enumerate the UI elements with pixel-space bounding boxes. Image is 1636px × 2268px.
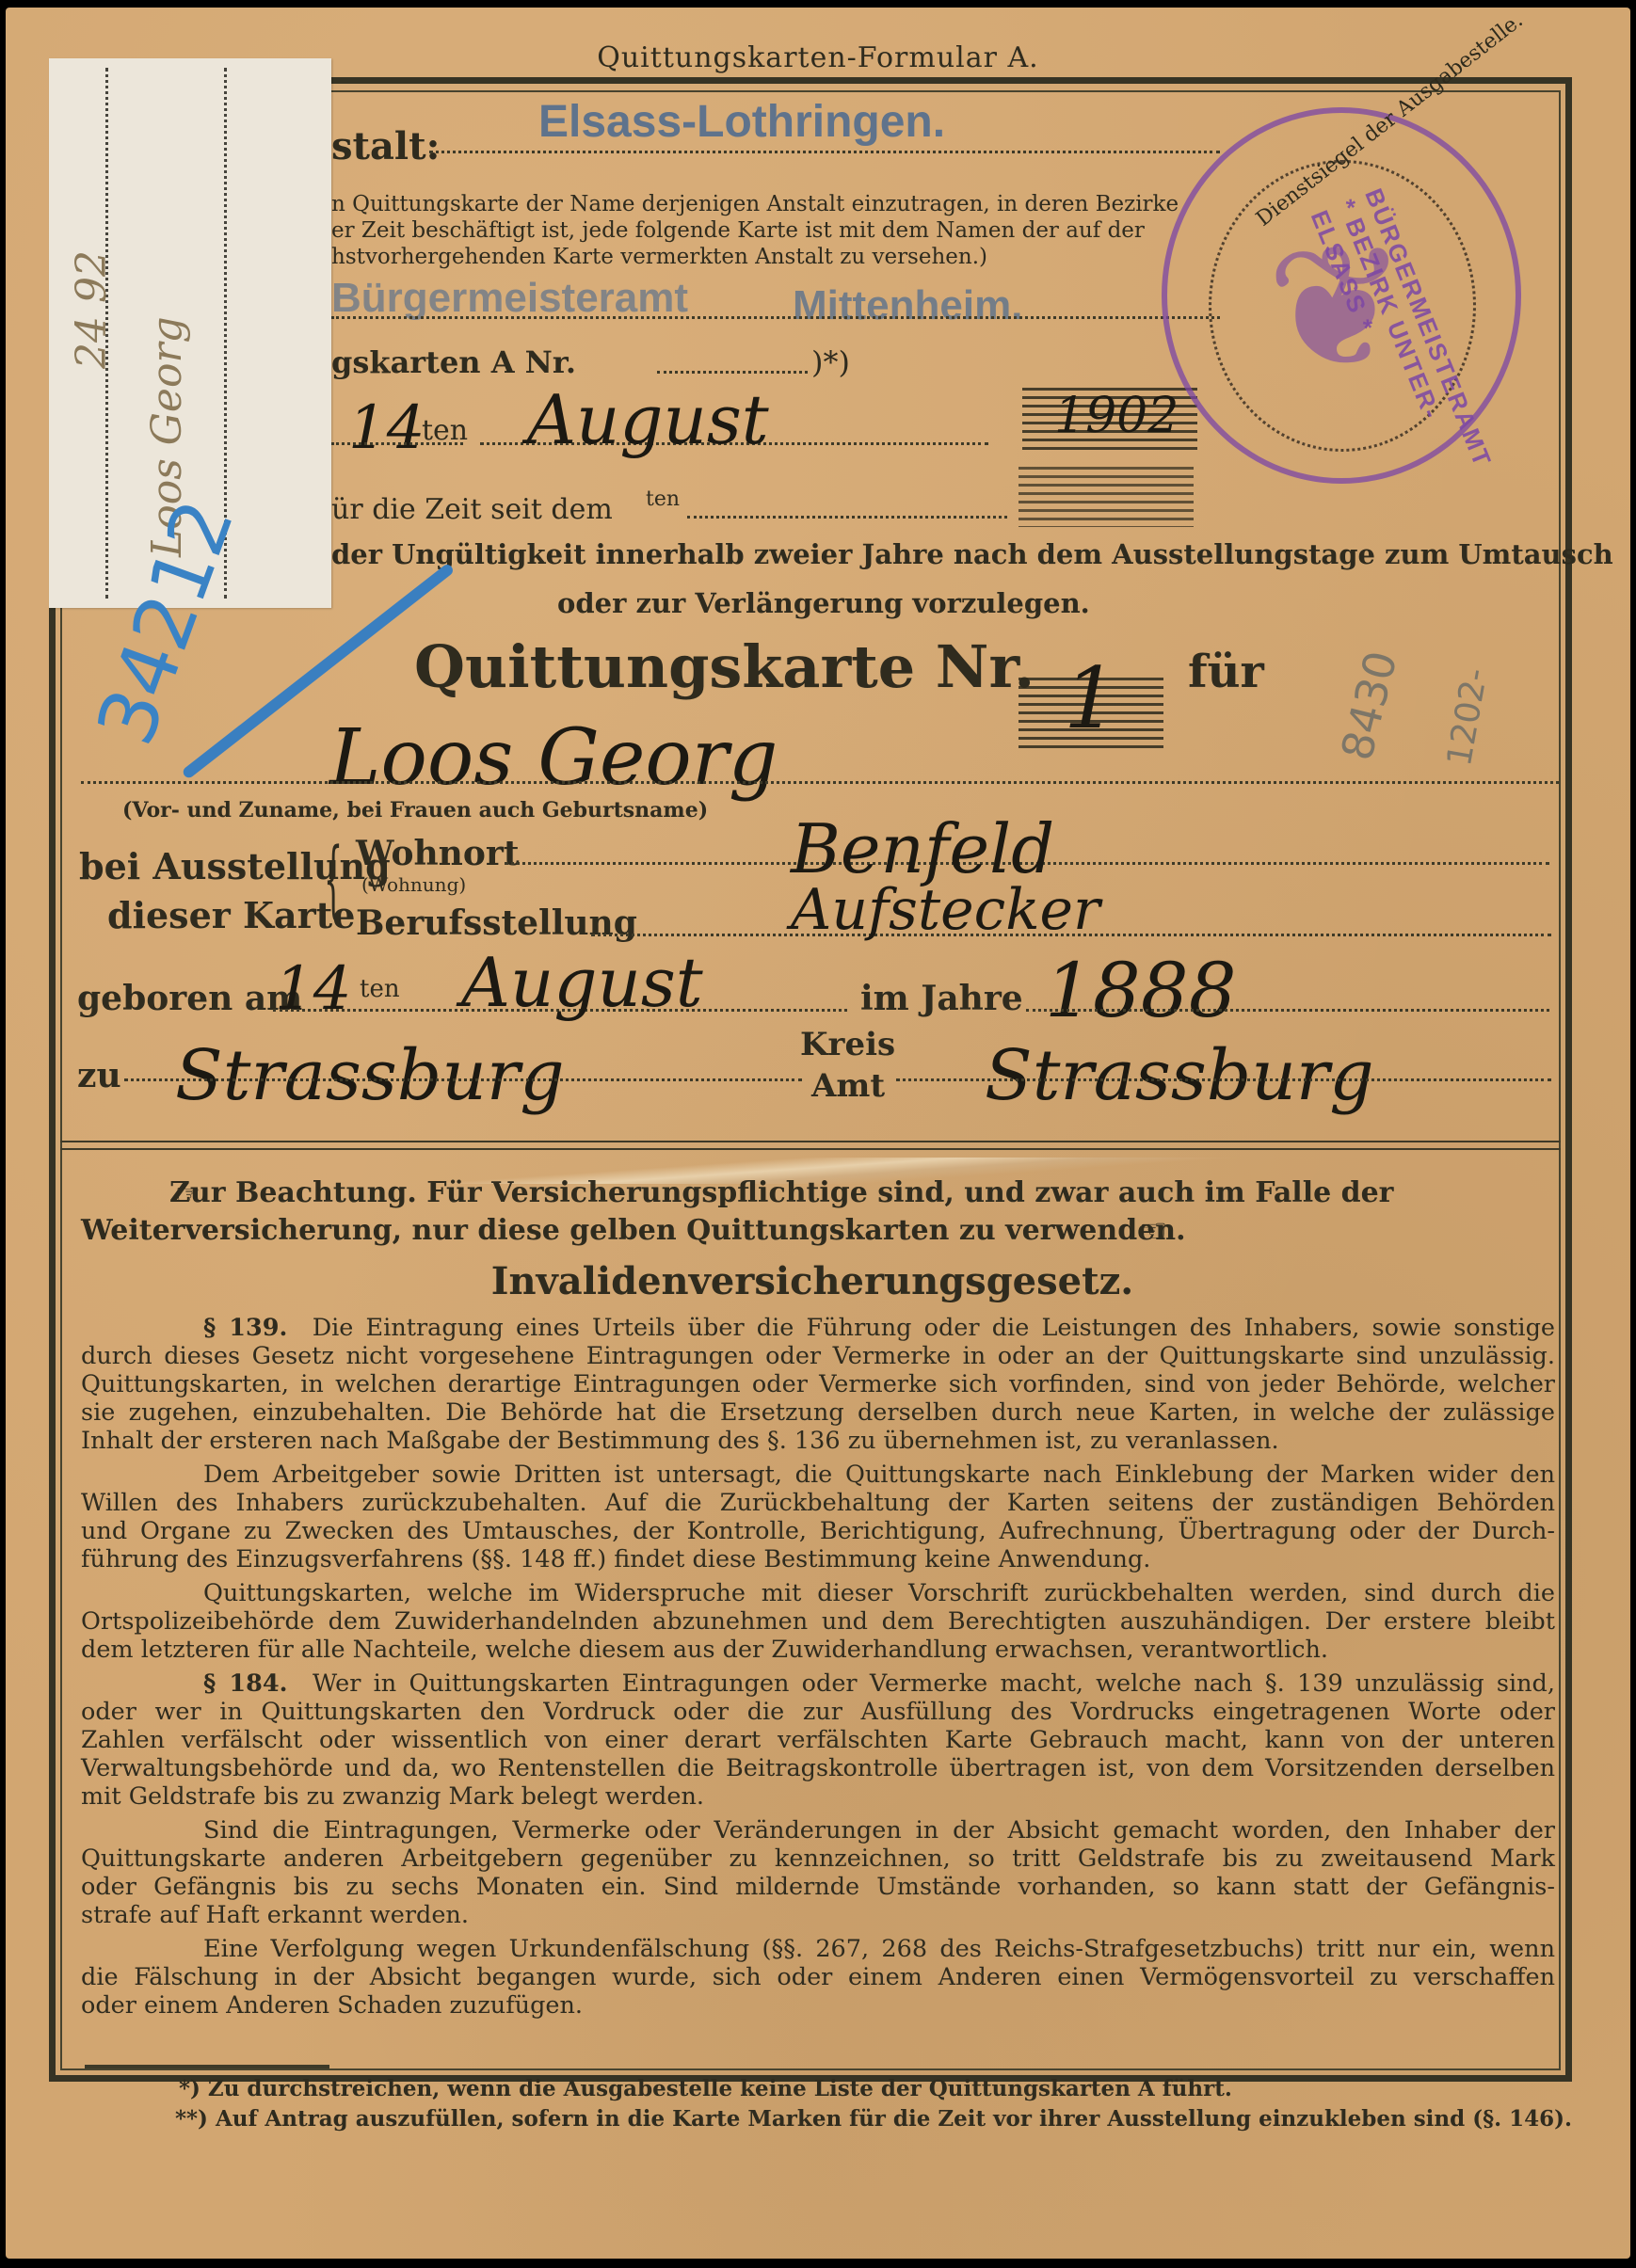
list-number-suffix: )*)	[811, 344, 850, 380]
birth-place-field[interactable]	[124, 1078, 802, 1081]
since-day-suffix: ten	[646, 487, 680, 511]
notice-line-2: Weiterversicherung, nur diese gelben Qui…	[81, 1214, 1186, 1247]
holder-name: Loos Georg	[329, 713, 778, 803]
residence-label: Wohnort	[356, 834, 519, 873]
law-line: Quittungskarte anderen Arbeitgebern gege…	[81, 1845, 1555, 1873]
law-line: oder wer in Quittungskarten den Vordruck…	[81, 1698, 1555, 1726]
office-instruction-line-3: hstvorhergehenden Karte vermerkten Ansta…	[331, 245, 987, 269]
law-line: und Organe zu Zwecken des Umtausches, de…	[81, 1517, 1555, 1545]
birth-year-label: im Jahre	[860, 979, 1023, 1018]
law-line: Verwaltungsbehörde und da, wo Rentenstel…	[81, 1754, 1555, 1782]
law-line: führung des Einzugsverfahrens (§§. 148 f…	[81, 1545, 1555, 1573]
occupation-label: Berufsstellung	[356, 903, 637, 943]
birth-place-label: zu	[77, 1056, 121, 1095]
footnote-rule	[85, 2065, 329, 2068]
law-line: dem letzteren für alle Nachteile, welche…	[81, 1636, 1555, 1664]
at-issue-label-1: bei Ausstellung	[79, 845, 391, 887]
slip-number: 24 92	[68, 250, 116, 369]
issue-year-struck: 1902	[1054, 388, 1179, 444]
law-line: mit Geldstrafe bis zu zwanzig Mark beleg…	[81, 1782, 1555, 1811]
birth-place: Strassburg	[175, 1035, 565, 1116]
law-line: oder Gefängnis bis zu sechs Monaten ein.…	[81, 1873, 1555, 1901]
district-label-amt: Amt	[811, 1067, 885, 1105]
card-for-label: für	[1188, 646, 1264, 698]
issue-month: August	[527, 380, 769, 459]
occupation-value: Aufstecker	[791, 877, 1100, 943]
pointing-hand-left-icon: ☞	[175, 1178, 200, 1211]
section-184-label: § 184.	[203, 1669, 287, 1698]
list-number-field[interactable]	[657, 371, 808, 374]
since-date-field[interactable]	[687, 516, 1007, 519]
law-line: Zahlen verfälscht oder wissentlich von e…	[81, 1726, 1555, 1754]
law-line: Eine Verfolgung wegen Urkundenfälschung …	[81, 1935, 1555, 1963]
law-line: die Fälschung in der Absicht begangen wu…	[81, 1963, 1555, 1991]
issue-day-field[interactable]	[331, 442, 463, 445]
law-line: Quittungskarten, welche im Widerspruche …	[81, 1579, 1555, 1607]
law-line: strafe auf Haft erkannt werden.	[81, 1901, 1555, 1929]
card-title: Quittungskarte Nr.	[414, 632, 1035, 701]
law-line: durch dieses Gesetz nicht vorgesehene Ei…	[81, 1342, 1555, 1370]
section-139-label: § 139.	[203, 1314, 287, 1342]
birth-year-field[interactable]	[1026, 1009, 1549, 1012]
issue-day: 14	[348, 393, 425, 463]
law-line: Inhalt der ersteren nach Maßgabe der Bes…	[81, 1427, 1555, 1455]
upper-section-divider	[60, 1141, 1561, 1150]
law-paragraph-184: § 184. Wer in Quittungskarten Eintragung…	[81, 1669, 1555, 1698]
at-issue-label-2: dieser Karte	[107, 894, 355, 936]
issuing-office-line	[429, 151, 1220, 153]
birth-year: 1888	[1045, 947, 1237, 1034]
office-instruction-line-2: er Zeit beschäftigt ist, jede folgende K…	[331, 218, 1145, 243]
list-number-label: gskarten A Nr.	[331, 344, 576, 380]
law-line: oder einem Anderen Schaden zuzufügen.	[81, 1991, 1555, 2020]
office-stamp: Bürgermeisteramt	[331, 275, 688, 322]
issuing-office-stamp: Elsass-Lothringen.	[538, 96, 945, 148]
footnote-2: **) Auf Antrag auszufüllen, sofern in di…	[175, 2106, 1572, 2132]
law-paragraph-139: § 139. Die Eintragung eines Urteils über…	[81, 1314, 1555, 1342]
at-issue-brace: {	[324, 838, 343, 922]
law-title: Invalidenversicherungsgesetz.	[0, 1259, 1625, 1303]
birth-date-label: geboren am	[77, 979, 302, 1018]
notice-line-1: Zur Beachtung. Für Versicherungspflichti…	[169, 1176, 1394, 1209]
law-line: Ortspolizeibehörde dem Zuwiderhandelnden…	[81, 1607, 1555, 1636]
holder-name-line[interactable]	[81, 781, 1559, 784]
law-line: Quittungskarten, in welchen derartige Ei…	[81, 1370, 1555, 1398]
since-year-hatch-box	[1018, 467, 1194, 527]
holder-name-caption: (Vor- und Zuname, bei Frauen auch Geburt…	[122, 798, 708, 823]
law-line: sie zugehen, einzubehalten. Die Behörde …	[81, 1398, 1555, 1427]
birth-month: August	[461, 943, 703, 1022]
footnote-1: *) Zu durchstreichen, wenn die Ausgabest…	[179, 2076, 1232, 2101]
law-line: Dem Arbeitgeber sowie Dritten ist unters…	[81, 1461, 1555, 1489]
pointing-hand-right-icon: ☜	[1139, 1212, 1167, 1250]
office-instruction-line-1: n Quittungskarte der Name derjenigen Ans…	[331, 192, 1179, 216]
birth-district: Strassburg	[985, 1035, 1374, 1116]
issuing-office-label: stalt:	[331, 124, 440, 168]
office-stamp-line	[331, 316, 1220, 319]
birth-district-field[interactable]	[896, 1078, 1551, 1081]
birth-day: 14	[275, 954, 351, 1024]
law-line: Sind die Eintragungen, Vermerke oder Ver…	[81, 1816, 1555, 1845]
law-line: Wer in Quittungskarten Eintragungen oder…	[313, 1669, 1555, 1698]
since-date-label: ür die Zeit seit dem	[331, 493, 613, 526]
card-number: 1	[1064, 649, 1117, 748]
validity-note-line-1: der Ungültigkeit innerhalb zweier Jahre …	[331, 538, 1613, 570]
birth-day-suffix: ten	[360, 975, 400, 1003]
place-stamp: Mittenheim.	[793, 282, 1022, 329]
law-text: § 139. Die Eintragung eines Urteils über…	[81, 1314, 1555, 2020]
district-label-kreis: Kreis	[800, 1026, 895, 1063]
law-line: Die Eintragung eines Urteils über die Fü…	[313, 1314, 1555, 1342]
residence-sublabel: (Wohnung)	[361, 873, 466, 896]
law-line: Willen des Inhabers zurückzubehalten. Au…	[81, 1489, 1555, 1517]
validity-note-line-2: oder zur Verlängerung vorzulegen.	[557, 587, 1090, 619]
